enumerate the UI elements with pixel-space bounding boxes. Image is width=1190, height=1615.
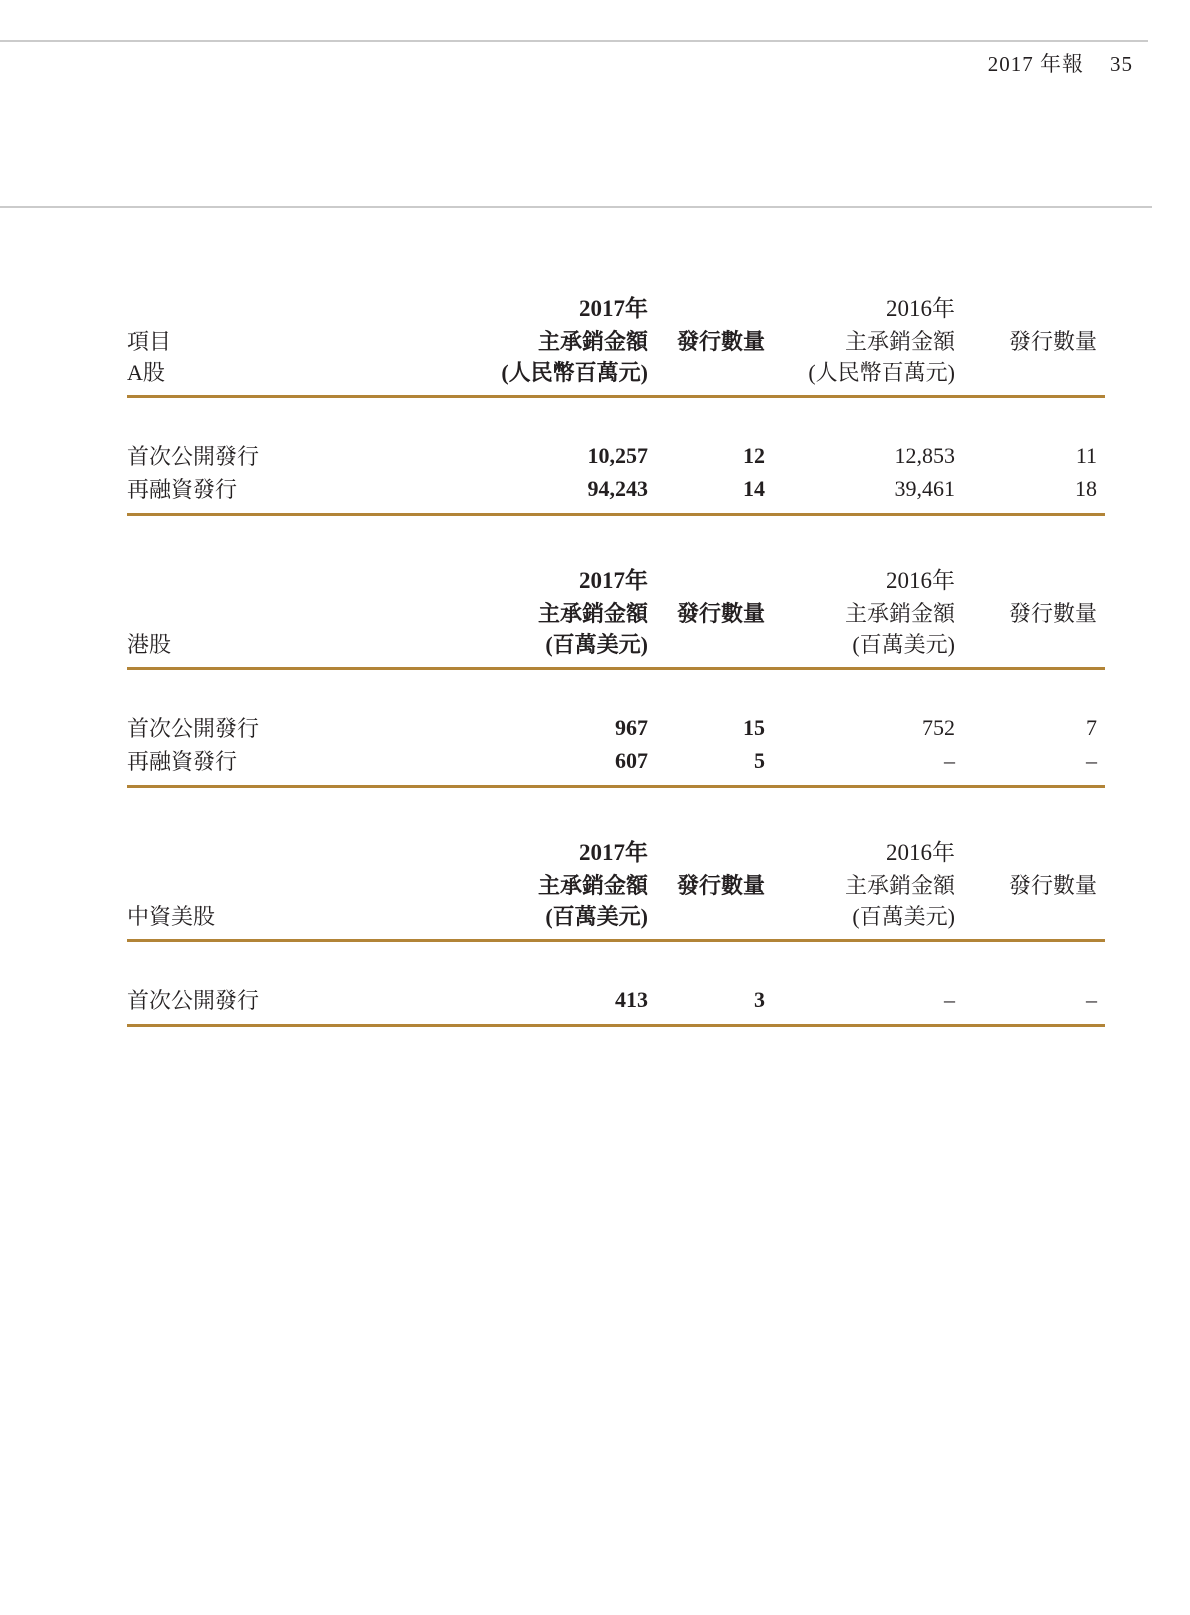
count-2016-value: – <box>955 987 1105 1013</box>
page-header: 2017 年報 35 <box>988 48 1133 78</box>
amount-2016-header: 主承銷金額 <box>765 325 955 356</box>
gold-rule <box>127 785 1105 788</box>
count-2017-value: 12 <box>648 443 765 469</box>
year-2016-label: 2016年 <box>765 290 955 323</box>
table-hk-share: 2017年 2016年 主承銷金額 發行數量 主承銷金額 發行數量 港股 (百萬… <box>127 562 1105 788</box>
year-header-row: 2017年 2016年 <box>127 290 1105 323</box>
amount-2017-value: 94,243 <box>367 476 648 502</box>
unit-2016-label: (百萬美元) <box>765 628 955 659</box>
amount-2017-value: 413 <box>367 987 648 1013</box>
row-label: 首次公開發行 <box>127 712 367 743</box>
table-row-ipo: 首次公開發行 10,257 12 12,853 11 <box>127 439 1105 472</box>
amount-2017-value: 607 <box>367 748 648 774</box>
count-2017-value: 14 <box>648 476 765 502</box>
unit-2017-label: (百萬美元) <box>367 628 648 659</box>
count-2017-value: 15 <box>648 715 765 741</box>
amount-2017-value: 967 <box>367 715 648 741</box>
amount-2016-value: – <box>765 987 955 1013</box>
year-2017-label: 2017年 <box>367 290 648 323</box>
year-header-row: 2017年 2016年 <box>127 562 1105 595</box>
count-2016-value: 18 <box>955 476 1105 502</box>
count-2017-value: 3 <box>648 987 765 1013</box>
count-2017-header: 發行數量 <box>648 869 765 900</box>
page-number: 35 <box>1110 52 1133 77</box>
table-us-share: 2017年 2016年 主承銷金額 發行數量 主承銷金額 發行數量 中資美股 (… <box>127 834 1105 1027</box>
count-2016-value: – <box>955 748 1105 774</box>
unit-2017-label: (人民幣百萬元) <box>367 356 648 387</box>
unit-2016-label: (百萬美元) <box>765 900 955 931</box>
count-2016-header: 發行數量 <box>955 325 1105 356</box>
count-2016-header: 發行數量 <box>955 597 1105 628</box>
amount-2017-header: 主承銷金額 <box>367 869 648 900</box>
table-row-refinancing: 再融資發行 607 5 – – <box>127 744 1105 777</box>
section-unit-row: 港股 (百萬美元) (百萬美元) <box>127 628 1105 667</box>
report-page: 2017 年報 35 2017年 2016年 項目 主承銷金額 發行數量 主承銷… <box>0 0 1190 1615</box>
column-header-row: 主承銷金額 發行數量 主承銷金額 發行數量 <box>127 595 1105 628</box>
gold-rule <box>127 395 1105 398</box>
amount-2017-value: 10,257 <box>367 443 648 469</box>
year-2016-label: 2016年 <box>765 834 955 867</box>
report-title: 2017 年報 <box>988 48 1084 78</box>
count-2017-header: 發行數量 <box>648 325 765 356</box>
gold-rule <box>127 939 1105 942</box>
row-label: 首次公開發行 <box>127 440 367 471</box>
section-label: A股 <box>127 356 367 387</box>
section-unit-row: A股 (人民幣百萬元) (人民幣百萬元) <box>127 356 1105 395</box>
table-row-refinancing: 再融資發行 94,243 14 39,461 18 <box>127 472 1105 505</box>
table-row-ipo: 首次公開發行 967 15 752 7 <box>127 711 1105 744</box>
section-label: 中資美股 <box>127 900 367 931</box>
count-2016-header: 發行數量 <box>955 869 1105 900</box>
section-unit-row: 中資美股 (百萬美元) (百萬美元) <box>127 900 1105 939</box>
table-a-share: 2017年 2016年 項目 主承銷金額 發行數量 主承銷金額 發行數量 A股 … <box>127 290 1105 516</box>
count-2017-header: 發行數量 <box>648 597 765 628</box>
count-2017-value: 5 <box>648 748 765 774</box>
row-label: 再融資發行 <box>127 745 367 776</box>
amount-2016-value: 12,853 <box>765 443 955 469</box>
amount-2017-header: 主承銷金額 <box>367 325 648 356</box>
year-header-row: 2017年 2016年 <box>127 834 1105 867</box>
amount-2017-header: 主承銷金額 <box>367 597 648 628</box>
row-label: 再融資發行 <box>127 473 367 504</box>
amount-2016-value: 39,461 <box>765 476 955 502</box>
count-2016-value: 7 <box>955 715 1105 741</box>
amount-2016-header: 主承銷金額 <box>765 597 955 628</box>
item-column-header: 項目 <box>127 325 367 356</box>
top-divider-rule <box>0 40 1148 42</box>
count-2016-value: 11 <box>955 443 1105 469</box>
amount-2016-value: – <box>765 748 955 774</box>
table-row-ipo: 首次公開發行 413 3 – – <box>127 983 1105 1016</box>
section-label: 港股 <box>127 628 367 659</box>
column-header-row: 主承銷金額 發行數量 主承銷金額 發行數量 <box>127 867 1105 900</box>
gold-rule <box>127 513 1105 516</box>
header-divider-rule <box>0 206 1152 208</box>
unit-2017-label: (百萬美元) <box>367 900 648 931</box>
row-label: 首次公開發行 <box>127 984 367 1015</box>
amount-2016-value: 752 <box>765 715 955 741</box>
gold-rule <box>127 667 1105 670</box>
tables-content: 2017年 2016年 項目 主承銷金額 發行數量 主承銷金額 發行數量 A股 … <box>127 290 1105 1027</box>
year-2017-label: 2017年 <box>367 562 648 595</box>
year-2017-label: 2017年 <box>367 834 648 867</box>
year-2016-label: 2016年 <box>765 562 955 595</box>
column-header-row: 項目 主承銷金額 發行數量 主承銷金額 發行數量 <box>127 323 1105 356</box>
amount-2016-header: 主承銷金額 <box>765 869 955 900</box>
gold-rule <box>127 1024 1105 1027</box>
unit-2016-label: (人民幣百萬元) <box>765 356 955 387</box>
